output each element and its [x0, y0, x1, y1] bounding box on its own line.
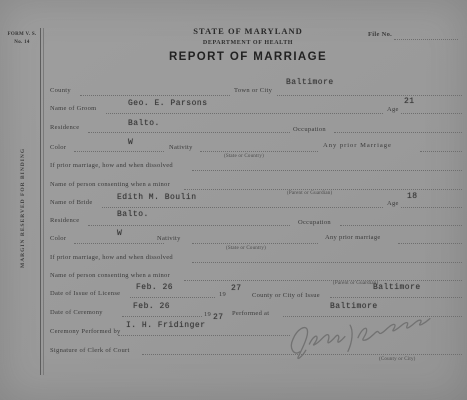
county-label: County	[50, 87, 71, 94]
header-department: DEPARTMENT OF HEALTH	[128, 40, 368, 46]
bride-dissolved-label: If prior marriage, how and when dissolve…	[50, 254, 173, 261]
license-date-value: Feb. 26	[136, 283, 173, 292]
town-line	[277, 95, 462, 96]
performed-by-value: I. H. Fridinger	[126, 321, 206, 330]
groom-age-label: Age	[387, 106, 399, 113]
bride-prior-marriage-line	[398, 243, 462, 244]
bride-age-value: 18	[407, 192, 418, 201]
ceremony-year-prefix: 19	[204, 311, 211, 318]
groom-age-value: 21	[404, 97, 415, 106]
bride-age-line	[401, 207, 462, 208]
binding-rule-outer	[40, 28, 41, 375]
bride-consent-label: Name of person consenting when a minor	[50, 272, 170, 279]
performed-at-label: Performed at	[232, 310, 269, 317]
groom-name-label: Name of Groom	[50, 105, 97, 112]
binding-margin-note: MARGIN RESERVED FOR BINDING	[20, 128, 26, 268]
groom-name-line	[106, 113, 383, 114]
groom-consent-line	[184, 189, 462, 190]
license-date-line	[130, 297, 215, 298]
bride-nativity-line	[192, 243, 318, 244]
bride-residence-label: Residence	[50, 217, 79, 224]
groom-name-value: Geo. E. Parsons	[128, 99, 208, 108]
bride-occupation-label: Occupation	[298, 219, 331, 226]
groom-nativity-line	[200, 151, 318, 152]
groom-consent-label: Name of person consenting when a minor	[50, 181, 170, 188]
file-no-line	[394, 39, 458, 40]
groom-dissolved-line	[192, 170, 462, 171]
bride-age-label: Age	[387, 200, 399, 207]
county-line	[80, 95, 230, 96]
page-title: REPORT OF MARRIAGE	[128, 51, 368, 63]
license-year-prefix: 19	[219, 291, 226, 298]
bride-consent-hint: (Parent or Guardian)	[333, 281, 378, 286]
bride-prior-marriage-label: Any prior marriage	[325, 234, 381, 241]
performed-by-label: Ceremony Performed by	[50, 328, 121, 335]
bride-nativity-hint: (State or Country)	[226, 246, 266, 251]
bride-residence-line	[88, 225, 290, 226]
performed-at-value: Baltimore	[330, 302, 378, 311]
bride-color-line	[74, 243, 164, 244]
bride-color-label: Color	[50, 235, 66, 242]
clerk-signature: James Y Claypoole	[284, 307, 452, 366]
license-label: Date of Issue of License	[50, 290, 120, 297]
license-place-label: County or City of Issue	[252, 292, 320, 299]
town-value: Baltimore	[286, 78, 334, 87]
groom-occupation-label: Occupation	[293, 126, 326, 133]
ceremony-year-value: 27	[213, 313, 224, 322]
bride-name-value: Edith M. Boulin	[117, 193, 197, 202]
bride-dissolved-line	[192, 262, 462, 263]
groom-prior-marriage-label: Any prior Marriage	[323, 142, 392, 149]
bride-color-value: W	[117, 229, 122, 238]
clerk-signature-label: Signature of Clerk of Court	[50, 347, 130, 354]
groom-color-line	[74, 151, 164, 152]
groom-consent-hint: (Parent or Guardian)	[287, 191, 332, 196]
bride-consent-line	[184, 280, 462, 281]
groom-nativity-label: Nativity	[169, 144, 193, 151]
bride-occupation-line	[340, 225, 462, 226]
groom-nativity-hint: (State or Country)	[224, 154, 264, 159]
form-number-line2: No. 14	[4, 39, 40, 47]
license-place-line	[330, 297, 462, 298]
form-number: FORM V. S. No. 14	[4, 31, 40, 47]
bride-name-line	[102, 207, 383, 208]
form-number-line1: FORM V. S.	[4, 31, 40, 39]
groom-color-value: W	[128, 138, 133, 147]
bride-nativity-label: Nativity	[157, 235, 181, 242]
performed-by-line	[118, 335, 290, 336]
ceremony-date-label: Date of Ceremony	[50, 309, 103, 316]
bride-name-label: Name of Bride	[50, 199, 93, 206]
groom-residence-label: Residence	[50, 124, 79, 131]
groom-residence-line	[88, 132, 290, 133]
bride-residence-value: Balto.	[117, 210, 149, 219]
groom-occupation-line	[334, 132, 462, 133]
ceremony-date-value: Feb. 26	[133, 302, 170, 311]
groom-color-label: Color	[50, 144, 66, 151]
header-state: STATE OF MARYLAND	[128, 26, 368, 36]
license-year-value: 27	[231, 284, 242, 293]
marriage-report-document: FORM V. S. No. 14 MARGIN RESERVED FOR BI…	[0, 0, 467, 400]
license-place-value: Baltimore	[373, 283, 421, 292]
groom-prior-marriage-line	[420, 151, 462, 152]
ceremony-date-line	[122, 316, 202, 317]
file-no-label: File No.	[368, 31, 392, 38]
groom-dissolved-label: If prior marriage, how and when dissolve…	[50, 162, 173, 169]
town-label: Town or City	[234, 87, 272, 94]
binding-rule-inner	[43, 28, 44, 375]
groom-residence-value: Balto.	[128, 119, 160, 128]
groom-age-line	[401, 113, 462, 114]
